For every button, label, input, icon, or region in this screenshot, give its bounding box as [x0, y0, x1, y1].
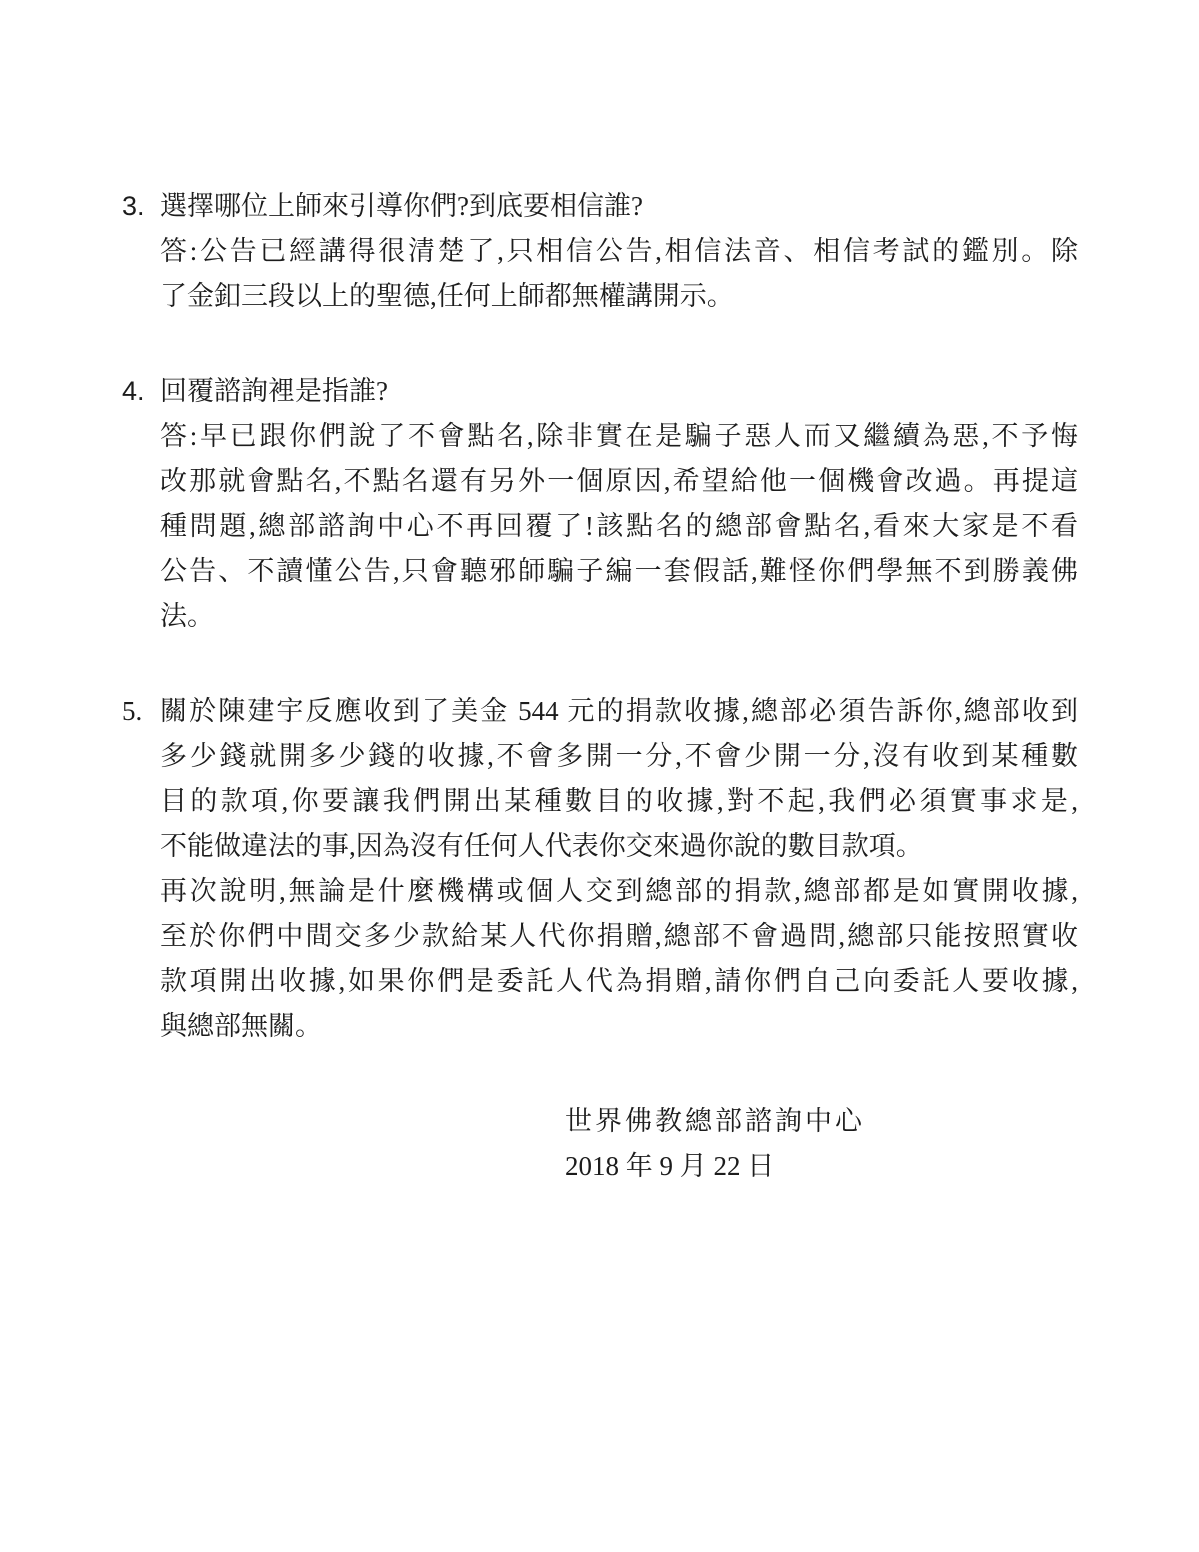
paragraph-line: 至於你們中間交多少款給某人代你捐贈,總部不會過問,總部只能按照實收 — [160, 914, 1078, 959]
paragraph-line: 款項開出收據,如果你們是委託人代為捐贈,請你們自己向委託人要收據, — [160, 959, 1078, 1004]
qa-item-3-text: 選擇哪位上師來引導你們?到底要相信誰? 答:公告已經講得很清楚了,只相信公告,相… — [160, 184, 1078, 319]
paragraph-line: 與總部無關。 — [160, 1004, 1078, 1049]
signature-block: 世界佛教總部諮詢中心 2018 年 9 月 22 日 — [565, 1099, 1078, 1189]
item-number-5: 5. — [122, 689, 160, 734]
answer-line: 改那就會點名,不點名還有另外一個原因,希望給他一個機會改過。再提這 — [160, 459, 1078, 504]
answer-line: 答:早已跟你們說了不會點名,除非實在是騙子惡人而又繼續為惡,不予悔 — [160, 414, 1078, 459]
item-number-3: 3. — [122, 184, 160, 229]
document-page: 3. 選擇哪位上師來引導你們?到底要相信誰? 答:公告已經講得很清楚了,只相信公… — [0, 0, 1199, 1552]
question-text: 回覆諮詢裡是指誰? — [160, 369, 1078, 414]
answer-line: 法。 — [160, 594, 1078, 639]
item-number-4: 4. — [122, 369, 160, 414]
answer-line: 答:公告已經講得很清楚了,只相信公告,相信法音、相信考試的鑑別。除 — [160, 229, 1078, 274]
answer-line: 種問題,總部諮詢中心不再回覆了!該點名的總部會點名,看來大家是不看 — [160, 504, 1078, 549]
question-text: 選擇哪位上師來引導你們?到底要相信誰? — [160, 184, 1078, 229]
qa-item-4: 4. 回覆諮詢裡是指誰? 答:早已跟你們說了不會點名,除非實在是騙子惡人而又繼續… — [122, 369, 1078, 639]
qa-item-4-text: 回覆諮詢裡是指誰? 答:早已跟你們說了不會點名,除非實在是騙子惡人而又繼續為惡,… — [160, 369, 1078, 639]
signature-date: 2018 年 9 月 22 日 — [565, 1144, 1078, 1189]
paragraph-line: 目的款項,你要讓我們開出某種數目的收據,對不起,我們必須實事求是, — [160, 779, 1078, 824]
paragraph-line: 再次說明,無論是什麼機構或個人交到總部的捐款,總部都是如實開收據, — [160, 869, 1078, 914]
answer-line: 了金釦三段以上的聖德,任何上師都無權講開示。 — [160, 274, 1078, 319]
paragraph-line: 多少錢就開多少錢的收據,不會多開一分,不會少開一分,沒有收到某種數 — [160, 734, 1078, 779]
qa-item-3: 3. 選擇哪位上師來引導你們?到底要相信誰? 答:公告已經講得很清楚了,只相信公… — [122, 184, 1078, 319]
qa-item-5: 5. 關於陳建宇反應收到了美金 544 元的捐款收據,總部必須告訴你,總部收到 … — [122, 689, 1078, 1049]
paragraph-line: 不能做違法的事,因為沒有任何人代表你交來過你說的數目款項。 — [160, 824, 1078, 869]
paragraph-line: 關於陳建宇反應收到了美金 544 元的捐款收據,總部必須告訴你,總部收到 — [160, 689, 1078, 734]
signature-name: 世界佛教總部諮詢中心 — [565, 1099, 1078, 1144]
qa-item-5-text: 關於陳建宇反應收到了美金 544 元的捐款收據,總部必須告訴你,總部收到 多少錢… — [160, 689, 1078, 1049]
answer-line: 公告、不讀懂公告,只會聽邪師騙子編一套假話,難怪你們學無不到勝義佛 — [160, 549, 1078, 594]
